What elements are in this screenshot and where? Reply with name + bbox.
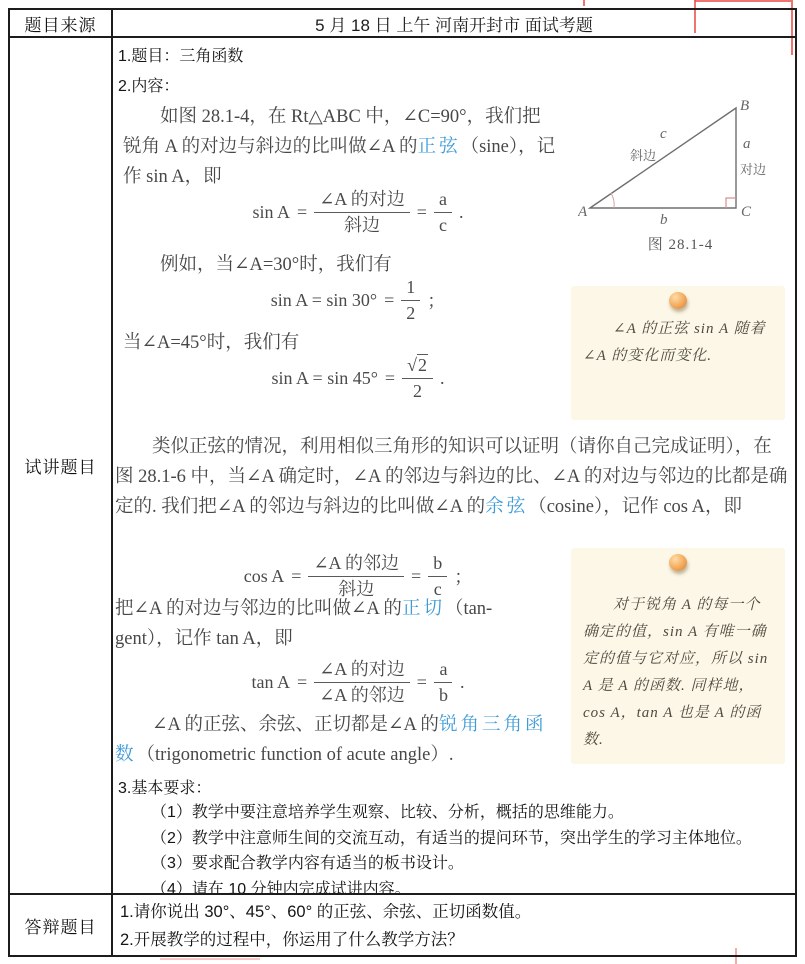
fraction-numerator: a (434, 658, 452, 683)
right-angle-mark (726, 198, 736, 208)
requirement-item: （1）教学中要注意培养学生观察、比较、分析，概括的思维能力。 (151, 800, 795, 826)
fraction: ∠A 的对边∠A 的邻边 (314, 658, 410, 706)
angle-arc (611, 193, 614, 208)
triangle-figure: B A C c 斜边 a 对边 b 图 28.1-4 (578, 96, 783, 254)
formula-sin30-lhs: sin A = sin 30° (271, 290, 377, 311)
pin-icon (669, 554, 687, 571)
fraction: ∠A 的邻边斜边 (308, 552, 404, 600)
right-triangle-diagram: B A C c 斜边 a 对边 b (578, 96, 783, 226)
formula-sin45-lhs: sin A = sin 45° (272, 368, 378, 389)
lecture-item-requirements: 3.基本要求： (118, 775, 211, 798)
side-a-label: a (743, 136, 751, 152)
formula-sin30: sin A = sin 30° = 12 ； (173, 276, 543, 324)
fraction-denominator: ∠A 的邻边 (314, 683, 410, 707)
equals-sign: = (417, 202, 427, 223)
paragraph-summary: ∠A 的正弦、余弦、正切都是∠A 的锐角三角函数（trigonometric f… (115, 710, 567, 770)
formula-sin-lhs: sin A (253, 202, 291, 223)
fraction-numerator: √2 (402, 354, 433, 379)
fraction: √22 (402, 354, 433, 402)
formula-sin: sin A = ∠A 的对边斜边 = ac . (173, 188, 543, 236)
punctuation: . (440, 368, 445, 389)
vertex-c-label: C (741, 204, 752, 220)
fraction-numerator: a (434, 188, 452, 213)
fraction: bc (428, 552, 447, 600)
fraction-numerator: ∠A 的邻边 (308, 552, 404, 577)
fraction: ac (434, 188, 452, 236)
equals-sign: = (411, 566, 421, 587)
paragraph-tangent-text: 把∠A 的对边与邻边的比叫做∠A 的 (115, 599, 402, 619)
requirement-item: （4）请在 10 分钟内完成试讲内容。 (151, 877, 795, 896)
equals-sign: = (417, 672, 427, 693)
fraction-numerator: ∠A 的对边 (314, 188, 410, 213)
formula-cos: cos A = ∠A 的邻边斜边 = bc ； (173, 552, 543, 600)
source-row-value: 5 月 18 日 上午 河南开封市 面试考题 (113, 10, 795, 38)
equals-sign: = (297, 202, 307, 223)
paragraph-cosine: 类似正弦的情况，利用相似三角形的知识可以证明（请你自己完成证明），在图 28.1… (115, 432, 789, 522)
vertex-a-label: A (578, 204, 588, 220)
defense-question: 1.请你说出 30°、45°、60° 的正弦、余弦、正切函数值。 (120, 898, 795, 926)
keyword-cosine: 余弦 (485, 497, 528, 517)
defense-question: 2.开展教学的过程中，你运用了什么教学方法？ (120, 926, 795, 954)
formula-cos-lhs: cos A (244, 566, 285, 587)
margin-note-text: 对于锐角 A 的每一个确定的值，sin A 有唯一确定的值与它对应，所以 sin… (583, 592, 773, 754)
equals-sign: = (385, 368, 395, 389)
lecture-item-content: 2.内容： (118, 73, 179, 96)
fraction-numerator: b (428, 552, 447, 577)
equals-sign: = (384, 290, 394, 311)
fraction-numerator: 1 (401, 276, 420, 301)
defense-content: 1.请你说出 30°、45°、60° 的正弦、余弦、正切函数值。 2.开展教学的… (113, 895, 795, 955)
opposite-label: 对边 (740, 162, 766, 177)
lecture-row-label: 试讲题目 (10, 38, 113, 895)
punctuation: ； (427, 287, 445, 313)
paragraph-sine: 如图 28.1-4，在 Rt△ABC 中，∠C=90°，我们把锐角 A 的对边与… (123, 102, 559, 192)
defense-row-label: 答辩题目 (10, 895, 113, 955)
formula-tan: tan A = ∠A 的对边∠A 的邻边 = ab . (173, 658, 543, 706)
fraction: ∠A 的对边斜边 (314, 188, 410, 236)
punctuation: . (459, 202, 464, 223)
requirements-list: （1）教学中要注意培养学生观察、比较、分析，概括的思维能力。 （2）教学中注意师… (151, 800, 795, 895)
fraction-denominator: 2 (401, 301, 420, 325)
question-table: 题目来源 5 月 18 日 上午 河南开封市 面试考题 试讲题目 1.题目：三角… (8, 8, 797, 957)
paragraph-tangent: 把∠A 的对边与邻边的比叫做∠A 的正切（tan-gent），记作 tan A，… (115, 594, 565, 654)
fraction: ab (434, 658, 453, 706)
pin-icon (669, 292, 687, 309)
source-row-label: 题目来源 (10, 10, 113, 38)
formula-tan-lhs: tan A (252, 672, 291, 693)
margin-note-text: ∠A 的正弦 sin A 随着∠A 的变化而变化. (583, 316, 773, 370)
formula-sin45: sin A = sin 45° = √22 . (173, 354, 543, 402)
fraction-denominator: 2 (408, 379, 427, 403)
fraction-denominator: b (434, 683, 453, 707)
margin-note-function: 对于锐角 A 的每一个确定的值，sin A 有唯一确定的值与它对应，所以 sin… (571, 548, 785, 764)
lecture-item-title: 1.题目：三角函数 (118, 43, 243, 66)
triangle-outline (590, 108, 736, 208)
lecture-content: 1.题目：三角函数 2.内容： 如图 28.1-4，在 Rt△ABC 中，∠C=… (113, 38, 795, 895)
fraction-numerator: ∠A 的对边 (314, 658, 410, 683)
equals-sign: = (291, 566, 301, 587)
fraction: 12 (401, 276, 420, 324)
side-b-label: b (660, 212, 668, 226)
paragraph-summary-text: （trigonometric function of acute angle）. (137, 745, 454, 765)
exam-question-page: 题目来源 5 月 18 日 上午 河南开封市 面试考题 试讲题目 1.题目：三角… (0, 0, 805, 964)
hypotenuse-label: 斜边 (630, 148, 656, 163)
scan-artifact (583, 0, 585, 6)
vertex-b-label: B (740, 98, 749, 114)
radicand: 2 (417, 354, 428, 375)
paragraph-cosine-text: （cosine），记作 cos A，即 (528, 497, 742, 517)
punctuation: . (460, 672, 465, 693)
keyword-sine: 正弦 (418, 137, 461, 157)
punctuation: ； (454, 563, 472, 589)
fraction-denominator: c (434, 213, 452, 237)
scan-artifact (695, 0, 791, 2)
radical-sign: √ (407, 355, 417, 375)
fraction-denominator: 斜边 (339, 213, 385, 237)
side-c-label: c (660, 126, 667, 142)
equals-sign: = (297, 672, 307, 693)
figure-caption: 图 28.1-4 (578, 233, 783, 254)
margin-note-sine-variation: ∠A 的正弦 sin A 随着∠A 的变化而变化. (571, 286, 785, 420)
requirement-item: （2）教学中注意师生间的交流互动，有适当的提问环节，突出学生的学习主体地位。 (151, 826, 795, 852)
paragraph-summary-text: ∠A 的正弦、余弦、正切都是∠A 的 (152, 715, 439, 735)
paragraph-tangent-text: gent），记作 tan A，即 (115, 629, 293, 649)
keyword-tangent: 正切 (402, 599, 445, 619)
paragraph-tangent-text: （tan- (445, 599, 492, 619)
scan-artifact (160, 958, 260, 960)
requirement-item: （3）要求配合教学内容有适当的板书设计。 (151, 851, 795, 877)
